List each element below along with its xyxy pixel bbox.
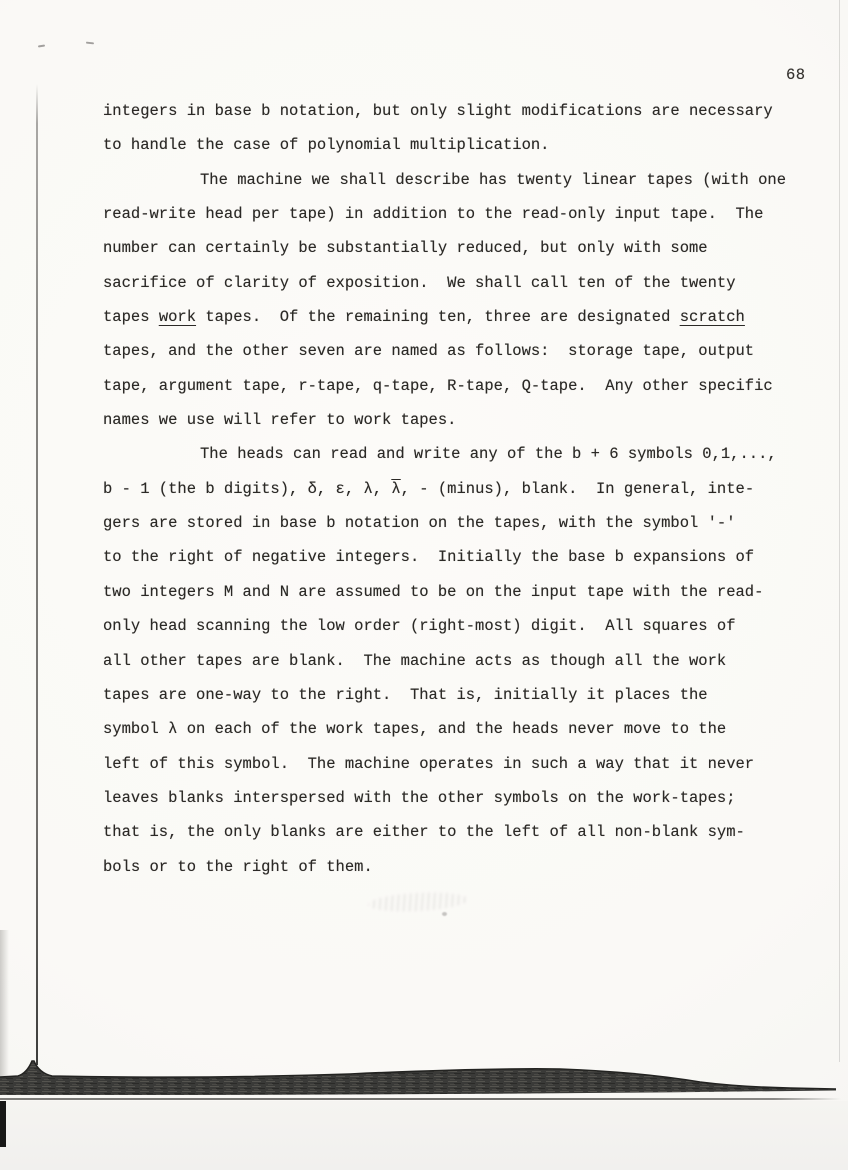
text-line: The machine we shall describe has twenty… xyxy=(103,163,803,197)
text-line: tapes are one-way to the right. That is,… xyxy=(103,678,803,712)
bottom-left-dark-edge xyxy=(0,1101,6,1147)
text-line: to handle the case of polynomial multipl… xyxy=(103,128,803,162)
underlined-word: work xyxy=(159,308,196,326)
text-line: only head scanning the low order (right-… xyxy=(103,609,803,643)
underlined-word: scratch xyxy=(680,308,745,326)
text-line: sacrifice of clarity of exposition. We s… xyxy=(103,266,803,300)
smudge-artifact xyxy=(368,890,469,913)
next-page-edge xyxy=(0,1101,848,1170)
text-line: two integers M and N are assumed to be o… xyxy=(103,575,803,609)
text-line: integers in base b notation, but only sl… xyxy=(103,94,803,128)
text-line: b - 1 (the b digits), δ, ε, λ, λ, - (min… xyxy=(103,472,803,506)
text-line: tapes, and the other seven are named as … xyxy=(103,334,803,368)
text-line: left of this symbol. The machine operate… xyxy=(103,747,803,781)
text-line: names we use will refer to work tapes. xyxy=(103,403,803,437)
text-line: read-write head per tape) in addition to… xyxy=(103,197,803,231)
binding-crease-line xyxy=(36,84,38,1065)
text-line: that is, the only blanks are either to t… xyxy=(103,815,803,849)
lambda-bar-symbol: λ xyxy=(391,480,400,498)
text-line: gers are stored in base b notation on th… xyxy=(103,506,803,540)
text-line: tape, argument tape, r-tape, q-tape, R-t… xyxy=(103,369,803,403)
text-line: The heads can read and write any of the … xyxy=(103,437,803,471)
text-line: number can certainly be substantially re… xyxy=(103,231,803,265)
text-line: all other tapes are blank. The machine a… xyxy=(103,644,803,678)
text-line: bols or to the right of them. xyxy=(103,850,803,884)
stray-mark xyxy=(38,45,45,48)
text-line: leaves blanks interspersed with the othe… xyxy=(103,781,803,815)
page-number: 68 xyxy=(786,66,806,84)
stray-mark xyxy=(86,42,94,45)
scanned-page: 68 integers in base b notation, but only… xyxy=(0,0,848,1170)
smudge-artifact xyxy=(442,912,447,916)
page-stack-line xyxy=(0,1098,841,1100)
page-right-edge xyxy=(839,0,840,1062)
text-line: tapes work tapes. Of the remaining ten, … xyxy=(103,300,803,334)
text-line: symbol λ on each of the work tapes, and … xyxy=(103,712,803,746)
body-text: integers in base b notation, but only sl… xyxy=(103,94,803,884)
text-line: to the right of negative integers. Initi… xyxy=(103,540,803,574)
